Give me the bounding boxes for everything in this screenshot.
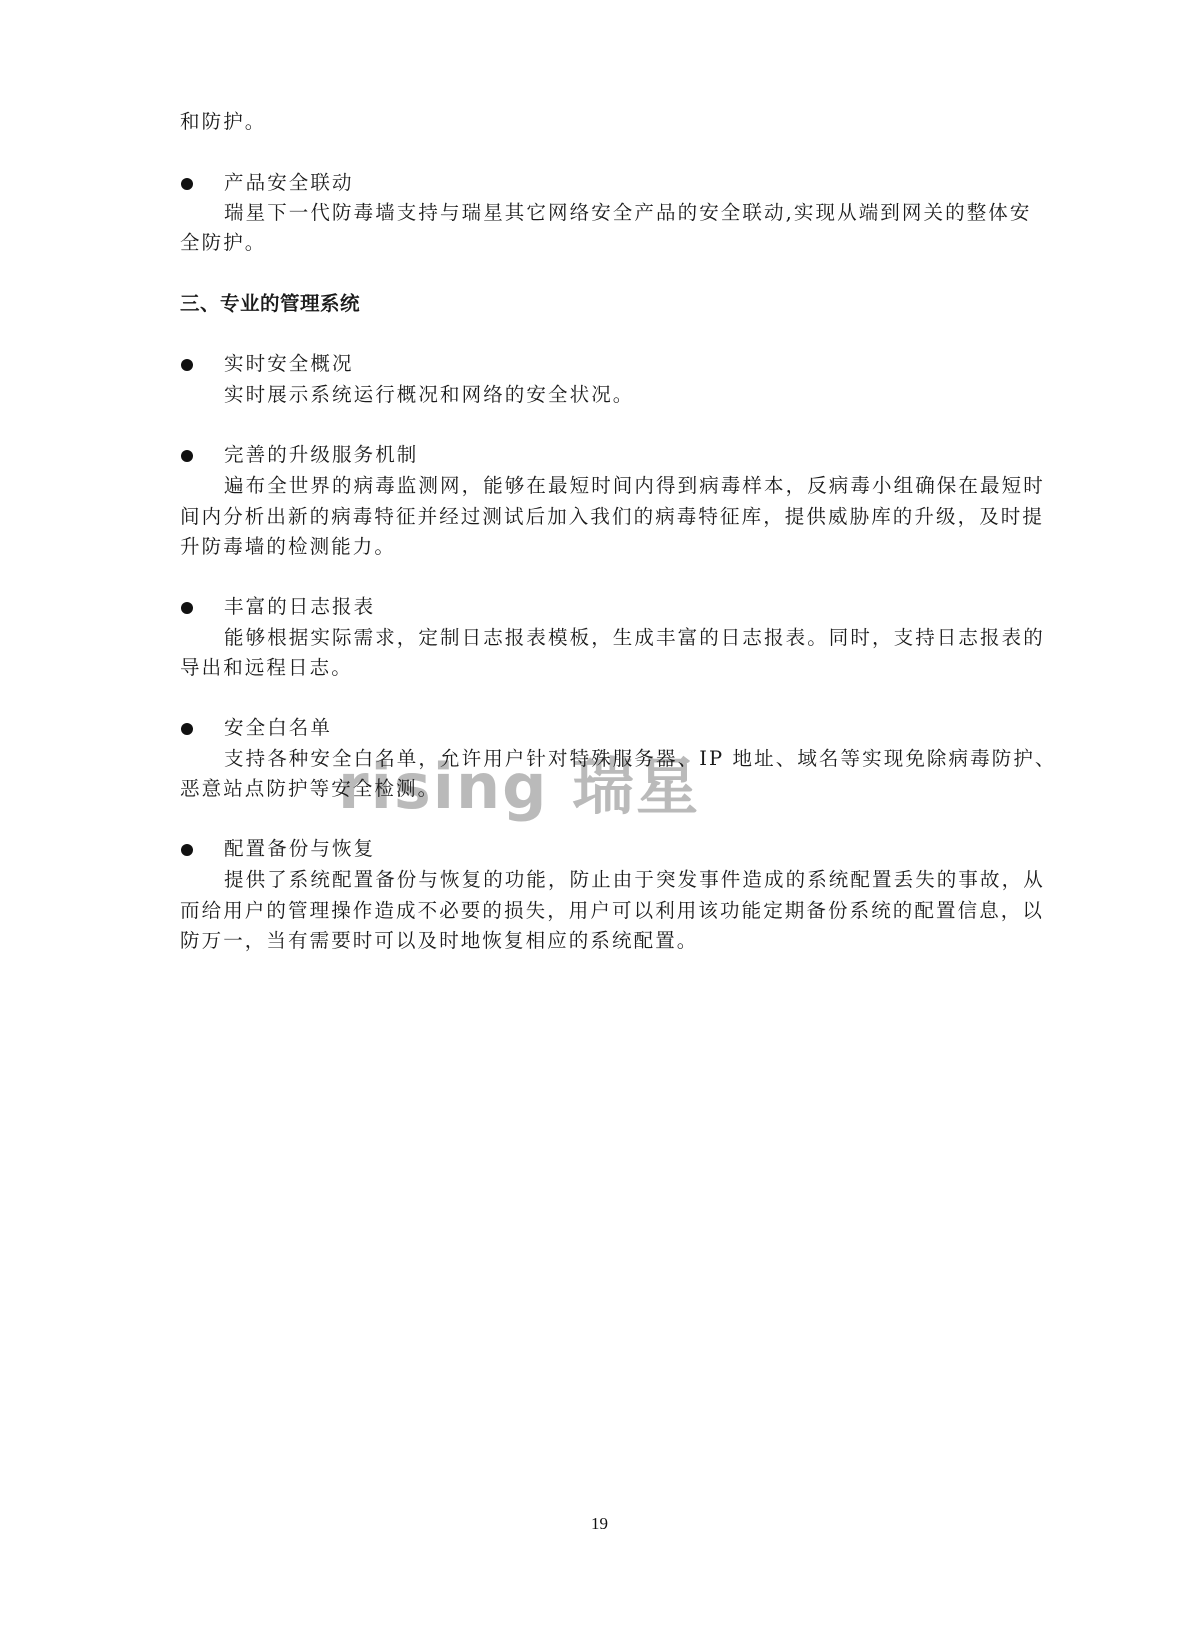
bullet-icon (181, 844, 193, 856)
bullet-icon (181, 723, 193, 735)
item-title-config-backup: 配置备份与恢复 (224, 834, 1006, 864)
intro-continuation: 和防护。 (180, 107, 1006, 137)
item-body-line: 防万一，当有需要时可以及时地恢复相应的系统配置。 (180, 926, 1006, 956)
section-heading: 三、专业的管理系统 (180, 289, 360, 319)
page-number: 19 (0, 1514, 1199, 1534)
document-page: rising 瑞星 和防护。 产品安全联动 瑞星下一代防毒墙支持与瑞星其它网络安… (0, 0, 1199, 1627)
item-body-line: 升防毒墙的检测能力。 (180, 532, 1006, 562)
item-body-line: 而给用户的管理操作造成不必要的损失，用户可以利用该功能定期备份系统的配置信息，以 (180, 896, 1006, 926)
item-title-whitelist: 安全白名单 (224, 713, 1006, 743)
item-body-line: 能够根据实际需求，定制日志报表模板，生成丰富的日志报表。同时，支持日志报表的 (224, 623, 1006, 653)
item-body-line: 瑞星下一代防毒墙支持与瑞星其它网络安全产品的安全联动,实现从端到网关的整体安 (224, 198, 1006, 228)
item-body-line: 导出和远程日志。 (180, 653, 1006, 683)
item-title-upgrade-service: 完善的升级服务机制 (224, 440, 1006, 470)
bullet-icon (181, 359, 193, 371)
bullet-icon (181, 450, 193, 462)
bullet-icon (181, 602, 193, 614)
bullet-icon (181, 178, 193, 190)
item-title-product-linkage: 产品安全联动 (224, 168, 1006, 198)
item-body-line: 恶意站点防护等安全检测。 (180, 774, 1006, 804)
item-body-line: 支持各种安全白名单，允许用户针对特殊服务器、IP 地址、域名等实现免除病毒防护、 (224, 744, 1006, 774)
item-title-log-reports: 丰富的日志报表 (224, 592, 1006, 622)
item-body-line: 全防护。 (180, 228, 1006, 258)
item-title-realtime-overview: 实时安全概况 (224, 349, 1006, 379)
item-body-line: 提供了系统配置备份与恢复的功能，防止由于突发事件造成的系统配置丢失的事故，从 (224, 865, 1006, 895)
item-body-line: 实时展示系统运行概况和网络的安全状况。 (224, 380, 1006, 410)
item-body-line: 遍布全世界的病毒监测网，能够在最短时间内得到病毒样本，反病毒小组确保在最短时 (224, 471, 1006, 501)
item-body-line: 间内分析出新的病毒特征并经过测试后加入我们的病毒特征库，提供威胁库的升级，及时提 (180, 502, 1006, 532)
